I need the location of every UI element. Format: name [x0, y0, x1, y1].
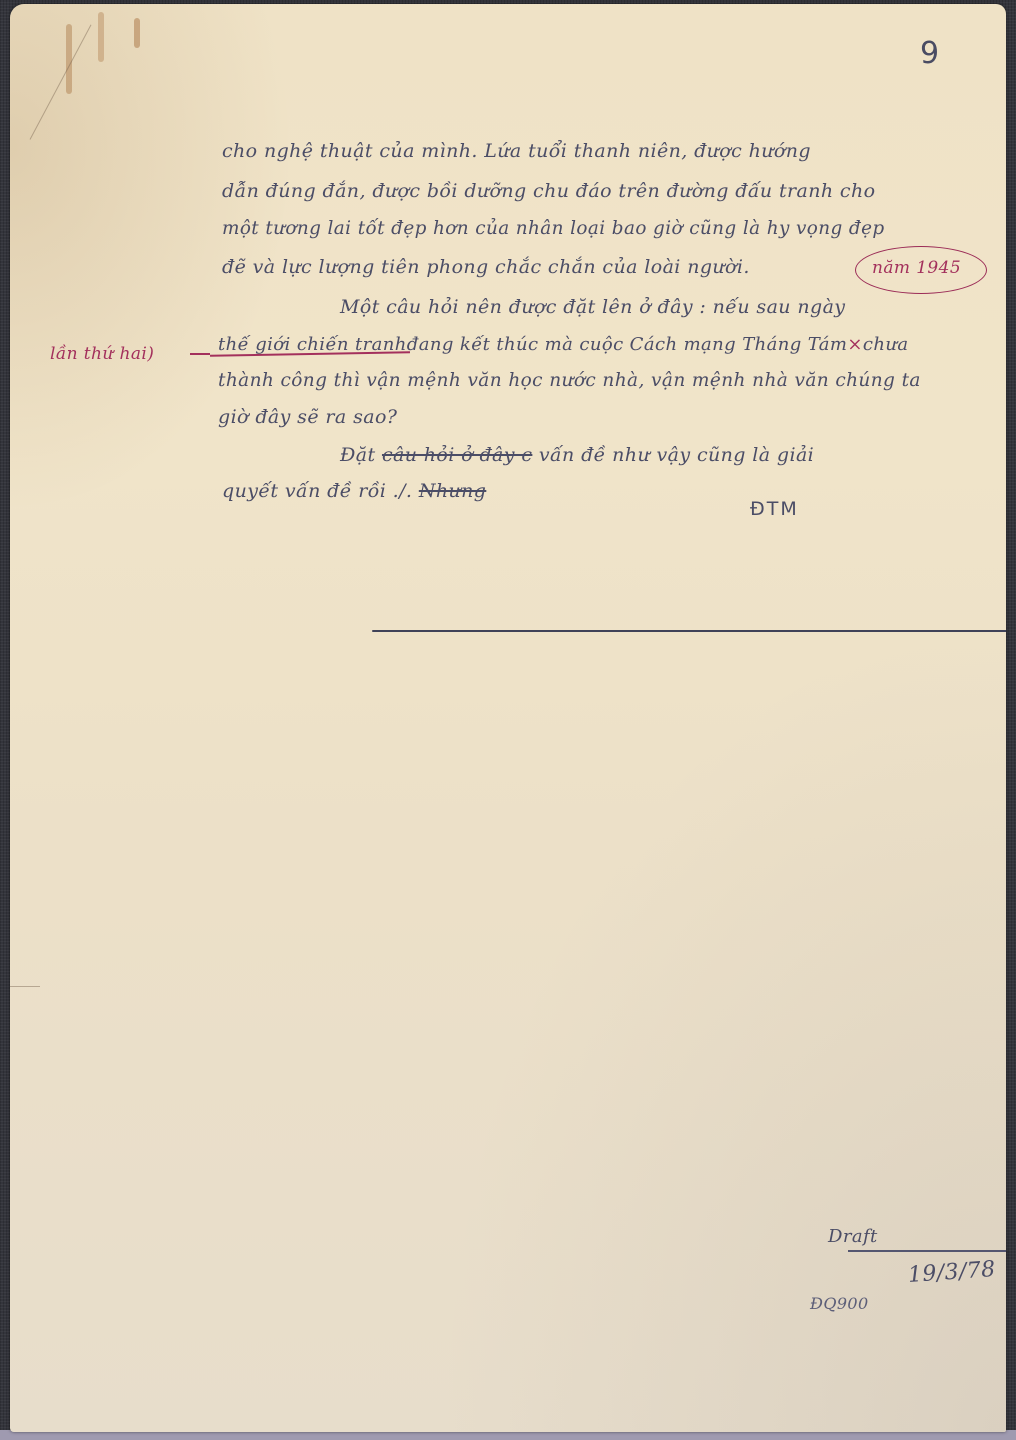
date-note: 19/3/78 [907, 1257, 996, 1288]
rust-stain [98, 12, 104, 62]
page-number: 9 [920, 36, 939, 71]
body-line: một tương lai tốt đẹp hơn của nhân loại … [222, 218, 885, 239]
body-line: thế giới chiến tranhđang kết thúc mà cuộ… [218, 334, 909, 355]
line-text: đang kết thúc mà cuộc Cách mạng [407, 334, 742, 355]
draft-underline [848, 1250, 1006, 1252]
draft-label: Draft [828, 1226, 878, 1247]
body-line: thành công thì vận mệnh văn học nước nhà… [218, 370, 921, 391]
body-line: dẫn đúng đắn, được bồi dưỡng chu đáo trê… [222, 180, 875, 202]
paper-crease [30, 24, 92, 139]
line-text: Đặt [340, 444, 376, 466]
scribble-note: ĐQ900 [810, 1294, 869, 1313]
horizontal-rule [372, 630, 1006, 632]
line-text: vấn đề như vậy cũng là giải [539, 444, 814, 466]
closing-line: quyết vấn đề rồi ./. Nhưng [222, 480, 486, 502]
underlined-phrase: thế giới chiến tranh [218, 334, 407, 355]
rust-stain [134, 18, 140, 48]
insert-mark: × [847, 334, 862, 355]
body-line: đẽ và lực lượng tiên phong chắc chắn của… [222, 256, 750, 278]
struck-text: Nhưng [419, 480, 487, 502]
struck-text: câu hỏi ở đây c [382, 444, 532, 466]
line-text: Tháng [742, 334, 801, 355]
author-initials: ĐTM [750, 498, 799, 520]
paper-crease [10, 986, 40, 987]
line-text: quyết vấn đề rồi ./. [222, 480, 412, 502]
manuscript-page: 9 cho nghệ thuật của mình. Lứa tuổi than… [10, 4, 1006, 1432]
closing-line: Đặt câu hỏi ở đây c vấn đề như vậy cũng … [340, 444, 814, 466]
circled-annotation-text: năm 1945 [872, 258, 961, 278]
line-text: Tám [802, 334, 848, 355]
line-text: chưa [863, 334, 909, 355]
annotation-connector [190, 353, 210, 355]
margin-annotation: lần thứ hai) [50, 344, 154, 364]
body-line: cho nghệ thuật của mình. Lứa tuổi thanh … [222, 140, 811, 162]
body-line: Một câu hỏi nên được đặt lên ở đây : nếu… [340, 296, 845, 318]
body-line: giờ đây sẽ ra sao? [218, 406, 397, 428]
